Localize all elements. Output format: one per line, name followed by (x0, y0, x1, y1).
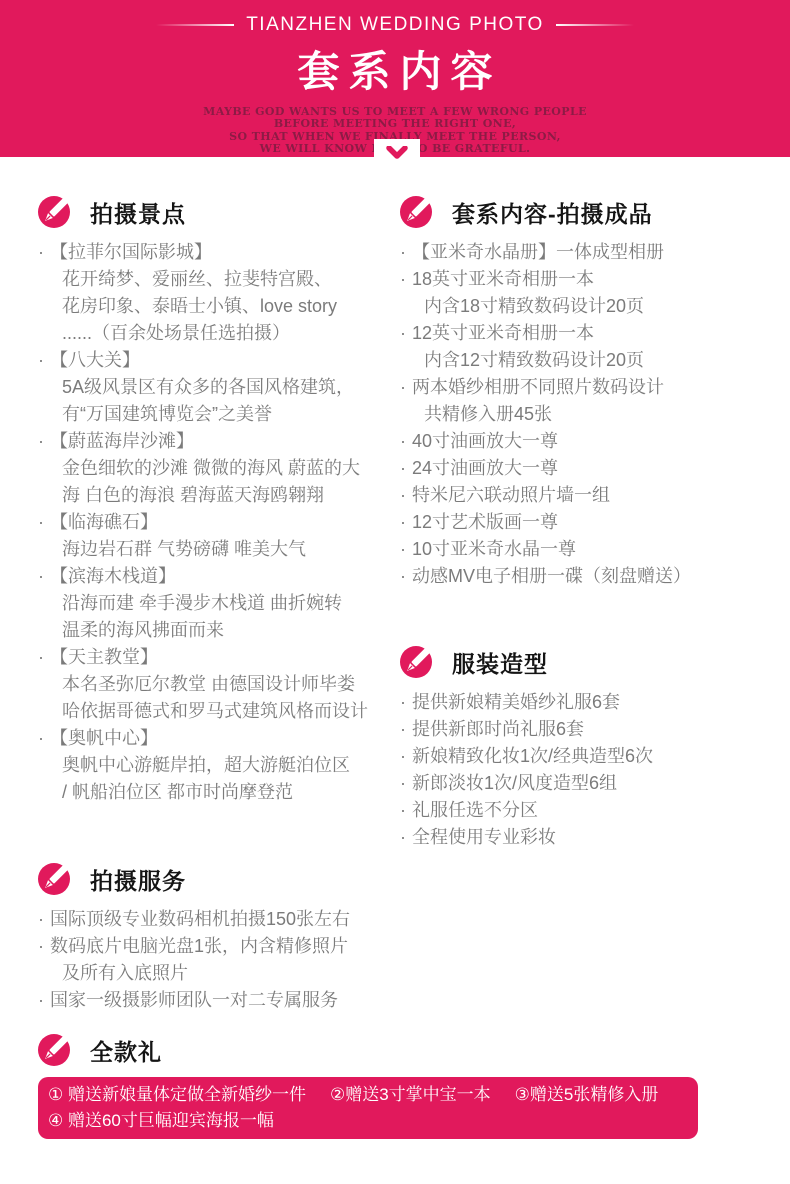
list-line: · 【蔚蓝海岸沙滩】 (38, 428, 393, 455)
bullet-marker: · (400, 320, 412, 347)
bullet-marker (50, 293, 62, 320)
hero-banner: TIANZHEN WEDDING PHOTO 套系内容 MAYBE GOD WA… (0, 0, 790, 157)
list-line: · 18英寸亚米奇相册一本 (400, 266, 775, 293)
section-title: 拍摄景点 (90, 196, 186, 229)
bullet-marker: · (400, 689, 412, 716)
line-text: 海 白色的海浪 碧海蓝天海鸥翱翔 (62, 482, 324, 509)
list-line: ......（百余处场景任选拍摄） (38, 320, 393, 347)
gift-banner: ① 赠送新娘量体定做全新婚纱一件②赠送3寸掌中宝一本③赠送5张精修入册 ④ 赠送… (38, 1077, 698, 1139)
bullet-marker (412, 401, 424, 428)
line-text: 【奥帆中心】 (50, 725, 158, 752)
line-text: 动感MV电子相册一碟（刻盘赠送） (412, 563, 691, 590)
section-header: 拍摄景点 (38, 195, 393, 229)
list-line: 花房印象、泰晤士小镇、love story (38, 293, 393, 320)
bullet-marker: · (400, 266, 412, 293)
section-locations: 拍摄景点 · 【拉菲尔国际影城】 花开绮梦、爱丽丝、拉斐特宫殿、 (38, 195, 393, 806)
list-line: 本名圣弥厄尔教堂 由德国设计师毕娄 (38, 671, 393, 698)
list-line: 有“万国建筑博览会”之美誉 (38, 401, 393, 428)
line-text: 特米尼六联动照片墙一组 (412, 482, 610, 509)
gift-item: ④ 赠送60寸巨幅迎宾海报一幅 (48, 1108, 274, 1134)
line-text: 花房印象、泰晤士小镇、love story (62, 293, 337, 320)
line-text: 金色细软的沙滩 微微的海风 蔚蓝的大 (62, 455, 360, 482)
line-text: 24寸油画放大一尊 (412, 455, 558, 482)
section-title: 全款礼 (90, 1034, 162, 1067)
section-products: 套系内容-拍摄成品 · 【亚米奇水晶册】一体成型相册 · 18英寸亚米奇相册一本 (400, 195, 775, 590)
bullet-marker: · (38, 644, 50, 671)
bullet-marker: · (400, 563, 412, 590)
list-line: 海 白色的海浪 碧海蓝天海鸥翱翔 (38, 482, 393, 509)
line-text: 沿海而建 牵手漫步木栈道 曲折婉转 (62, 590, 342, 617)
bullet-marker: · (38, 239, 50, 266)
line-text: 【八大关】 (50, 347, 140, 374)
bullet-marker (50, 320, 62, 347)
line-text: 【亚米奇水晶册】一体成型相册 (412, 239, 664, 266)
list-line: · 【拉菲尔国际影城】 (38, 239, 393, 266)
list-line: · 10寸亚米奇水晶一尊 (400, 536, 775, 563)
gift-item: ① 赠送新娘量体定做全新婚纱一件 (48, 1082, 306, 1108)
list-line: · 国际顶级专业数码相机拍摄150张左右 (38, 906, 393, 933)
gift-item: ③赠送5张精修入册 (515, 1082, 659, 1108)
line-text: 哈依据哥德式和罗马式建筑风格而设计 (62, 698, 368, 725)
line-text: 提供新娘精美婚纱礼服6套 (412, 689, 620, 716)
line-text: 【蔚蓝海岸沙滩】 (50, 428, 194, 455)
list-line: 温柔的海风拂面而来 (38, 617, 393, 644)
line-text: 及所有入底照片 (62, 960, 188, 987)
bullet-marker: · (400, 428, 412, 455)
gift-row-1: ① 赠送新娘量体定做全新婚纱一件②赠送3寸掌中宝一本③赠送5张精修入册 (48, 1082, 688, 1108)
line-text: 奥帆中心游艇岸拍，超大游艇泊位区 (62, 752, 350, 779)
bullet-marker: · (400, 374, 412, 401)
service-list: · 国际顶级专业数码相机拍摄150张左右 · 数码底片电脑光盘1张，内含精修照片… (38, 906, 393, 1014)
line-text: 花开绮梦、爱丽丝、拉斐特宫殿、 (62, 266, 332, 293)
list-line: 海边岩石群 气势磅礴 唯美大气 (38, 536, 393, 563)
list-line: · 【临海礁石】 (38, 509, 393, 536)
section-header: 服装造型 (400, 645, 775, 679)
chevron-down-icon (386, 146, 408, 160)
section-service: 拍摄服务 · 国际顶级专业数码相机拍摄150张左右 · 数码底片电脑光盘1张，内… (38, 862, 393, 1014)
list-line: · 【天主教堂】 (38, 644, 393, 671)
list-line: 奥帆中心游艇岸拍，超大游艇泊位区 (38, 752, 393, 779)
list-line: · 特米尼六联动照片墙一组 (400, 482, 775, 509)
list-line: / 帆船泊位区 都市时尚摩登范 (38, 779, 393, 806)
pen-badge-icon (400, 646, 432, 678)
list-line: 共精修入册45张 (400, 401, 775, 428)
list-line: · 12寸艺术版画一尊 (400, 509, 775, 536)
page-title: 套系内容 (0, 39, 790, 99)
styling-list: · 提供新娘精美婚纱礼服6套 · 提供新郎时尚礼服6套 · 新娘精致化妆1次/经… (400, 689, 775, 851)
list-line: · 国家一级摄影师团队一对二专属服务 (38, 987, 393, 1014)
products-list: · 【亚米奇水晶册】一体成型相册 · 18英寸亚米奇相册一本 内含18寸精致数码… (400, 239, 775, 590)
bullet-marker: · (38, 347, 50, 374)
line-text: ......（百余处场景任选拍摄） (62, 320, 290, 347)
pen-badge-icon (400, 196, 432, 228)
line-text: 新娘精致化妆1次/经典造型6次 (412, 743, 653, 770)
list-line: · 24寸油画放大一尊 (400, 455, 775, 482)
bullet-marker (50, 482, 62, 509)
scroll-down-indicator (374, 139, 420, 167)
section-title: 拍摄服务 (90, 863, 186, 896)
pen-badge-icon (38, 863, 70, 895)
line-text: 数码底片电脑光盘1张，内含精修照片 (50, 933, 348, 960)
pen-badge-icon (38, 196, 70, 228)
line-text: 【天主教堂】 (50, 644, 158, 671)
line-text: 全程使用专业彩妆 (412, 824, 556, 851)
list-line: 内含18寸精致数码设计20页 (400, 293, 775, 320)
gift-row-2: ④ 赠送60寸巨幅迎宾海报一幅 (48, 1108, 688, 1134)
line-text: 【拉菲尔国际影城】 (50, 239, 212, 266)
line-text: / 帆船泊位区 都市时尚摩登范 (62, 779, 293, 806)
line-text: 5A级风景区有众多的各国风格建筑， (62, 374, 354, 401)
list-line: 哈依据哥德式和罗马式建筑风格而设计 (38, 698, 393, 725)
list-line: · 新郎淡妆1次/风度造型6组 (400, 770, 775, 797)
bullet-marker: · (400, 482, 412, 509)
line-text: 【滨海木栈道】 (50, 563, 176, 590)
list-line: · 提供新郎时尚礼服6套 (400, 716, 775, 743)
line-text: 提供新郎时尚礼服6套 (412, 716, 584, 743)
line-text: 40寸油画放大一尊 (412, 428, 558, 455)
section-header: 全款礼 (38, 1033, 718, 1067)
list-line: · 动感MV电子相册一碟（刻盘赠送） (400, 563, 775, 590)
brand-text: TIANZHEN WEDDING PHOTO (246, 14, 544, 36)
bullet-marker: · (400, 770, 412, 797)
list-line: · 【亚米奇水晶册】一体成型相册 (400, 239, 775, 266)
list-line: 5A级风景区有众多的各国风格建筑， (38, 374, 393, 401)
bullet-marker: · (38, 987, 50, 1014)
list-line: · 新娘精致化妆1次/经典造型6次 (400, 743, 775, 770)
bullet-marker: · (400, 239, 412, 266)
line-text: 共精修入册45张 (424, 401, 552, 428)
line-text: 国际顶级专业数码相机拍摄150张左右 (50, 906, 350, 933)
list-line: · 提供新娘精美婚纱礼服6套 (400, 689, 775, 716)
left-column: 拍摄景点 · 【拉菲尔国际影城】 花开绮梦、爱丽丝、拉斐特宫殿、 (38, 195, 393, 1014)
bullet-marker: · (38, 509, 50, 536)
section-title: 套系内容-拍摄成品 (452, 196, 653, 229)
list-line: · 数码底片电脑光盘1张，内含精修照片 (38, 933, 393, 960)
brand-rule-left (156, 24, 234, 26)
gift-item: ②赠送3寸掌中宝一本 (330, 1082, 491, 1108)
bullet-marker (50, 266, 62, 293)
section-styling: 服装造型 · 提供新娘精美婚纱礼服6套 · 提供新郎时尚礼服6套 · (400, 645, 775, 851)
list-line: · 全程使用专业彩妆 (400, 824, 775, 851)
line-text: 礼服任选不分区 (412, 797, 538, 824)
brand-rule-right (556, 24, 634, 26)
line-text: 海边岩石群 气势磅礴 唯美大气 (62, 536, 306, 563)
list-line: 沿海而建 牵手漫步木栈道 曲折婉转 (38, 590, 393, 617)
list-line: 内含12寸精致数码设计20页 (400, 347, 775, 374)
list-line: · 礼服任选不分区 (400, 797, 775, 824)
bullet-marker (50, 455, 62, 482)
right-column: 套系内容-拍摄成品 · 【亚米奇水晶册】一体成型相册 · 18英寸亚米奇相册一本 (400, 195, 775, 851)
bullet-marker: · (38, 428, 50, 455)
list-line: · 【八大关】 (38, 347, 393, 374)
section-title: 服装造型 (452, 646, 548, 679)
line-text: 本名圣弥厄尔教堂 由德国设计师毕娄 (62, 671, 355, 698)
bullet-marker (50, 698, 62, 725)
list-line: · 两本婚纱相册不同照片数码设计 (400, 374, 775, 401)
bullet-marker (50, 374, 62, 401)
bullet-marker: · (400, 536, 412, 563)
line-text: 新郎淡妆1次/风度造型6组 (412, 770, 617, 797)
bullet-marker (412, 293, 424, 320)
section-gift: 全款礼 ① 赠送新娘量体定做全新婚纱一件②赠送3寸掌中宝一本③赠送5张精修入册 … (38, 1033, 718, 1139)
list-line: · 【滨海木栈道】 (38, 563, 393, 590)
line-text: 两本婚纱相册不同照片数码设计 (412, 374, 664, 401)
bullet-marker (50, 590, 62, 617)
pen-badge-icon (38, 1034, 70, 1066)
line-text: 内含12寸精致数码设计20页 (424, 347, 644, 374)
bullet-marker (50, 960, 62, 987)
bullet-marker: · (400, 797, 412, 824)
bullet-marker (50, 617, 62, 644)
promo-poster: TIANZHEN WEDDING PHOTO 套系内容 MAYBE GOD WA… (0, 0, 790, 1184)
line-text: 温柔的海风拂面而来 (62, 617, 224, 644)
bullet-marker: · (400, 509, 412, 536)
bullet-marker (50, 752, 62, 779)
list-line: · 【奥帆中心】 (38, 725, 393, 752)
line-text: 10寸亚米奇水晶一尊 (412, 536, 576, 563)
locations-list: · 【拉菲尔国际影城】 花开绮梦、爱丽丝、拉斐特宫殿、 花房印象、泰晤士小镇、l… (38, 239, 393, 806)
line-text: 12英寸亚米奇相册一本 (412, 320, 594, 347)
bullet-marker: · (38, 906, 50, 933)
bullet-marker: · (400, 455, 412, 482)
list-line: · 40寸油画放大一尊 (400, 428, 775, 455)
line-text: 12寸艺术版画一尊 (412, 509, 558, 536)
bullet-marker: · (400, 743, 412, 770)
bullet-marker (50, 536, 62, 563)
section-header: 拍摄服务 (38, 862, 393, 896)
list-line: · 12英寸亚米奇相册一本 (400, 320, 775, 347)
poem-line: BEFORE MEETING THE RIGHT ONE, (0, 118, 790, 130)
line-text: 【临海礁石】 (50, 509, 158, 536)
bullet-marker: · (38, 725, 50, 752)
list-line: 及所有入底照片 (38, 960, 393, 987)
brand-row: TIANZHEN WEDDING PHOTO (0, 0, 790, 36)
line-text: 国家一级摄影师团队一对二专属服务 (50, 987, 338, 1014)
section-header: 套系内容-拍摄成品 (400, 195, 775, 229)
bullet-marker (50, 671, 62, 698)
bullet-marker: · (400, 716, 412, 743)
bullet-marker: · (400, 824, 412, 851)
line-text: 内含18寸精致数码设计20页 (424, 293, 644, 320)
list-line: 金色细软的沙滩 微微的海风 蔚蓝的大 (38, 455, 393, 482)
line-text: 有“万国建筑博览会”之美誉 (62, 401, 272, 428)
bullet-marker (412, 347, 424, 374)
list-line: 花开绮梦、爱丽丝、拉斐特宫殿、 (38, 266, 393, 293)
bullet-marker (50, 401, 62, 428)
bullet-marker: · (38, 563, 50, 590)
bullet-marker (50, 779, 62, 806)
line-text: 18英寸亚米奇相册一本 (412, 266, 594, 293)
bullet-marker: · (38, 933, 50, 960)
